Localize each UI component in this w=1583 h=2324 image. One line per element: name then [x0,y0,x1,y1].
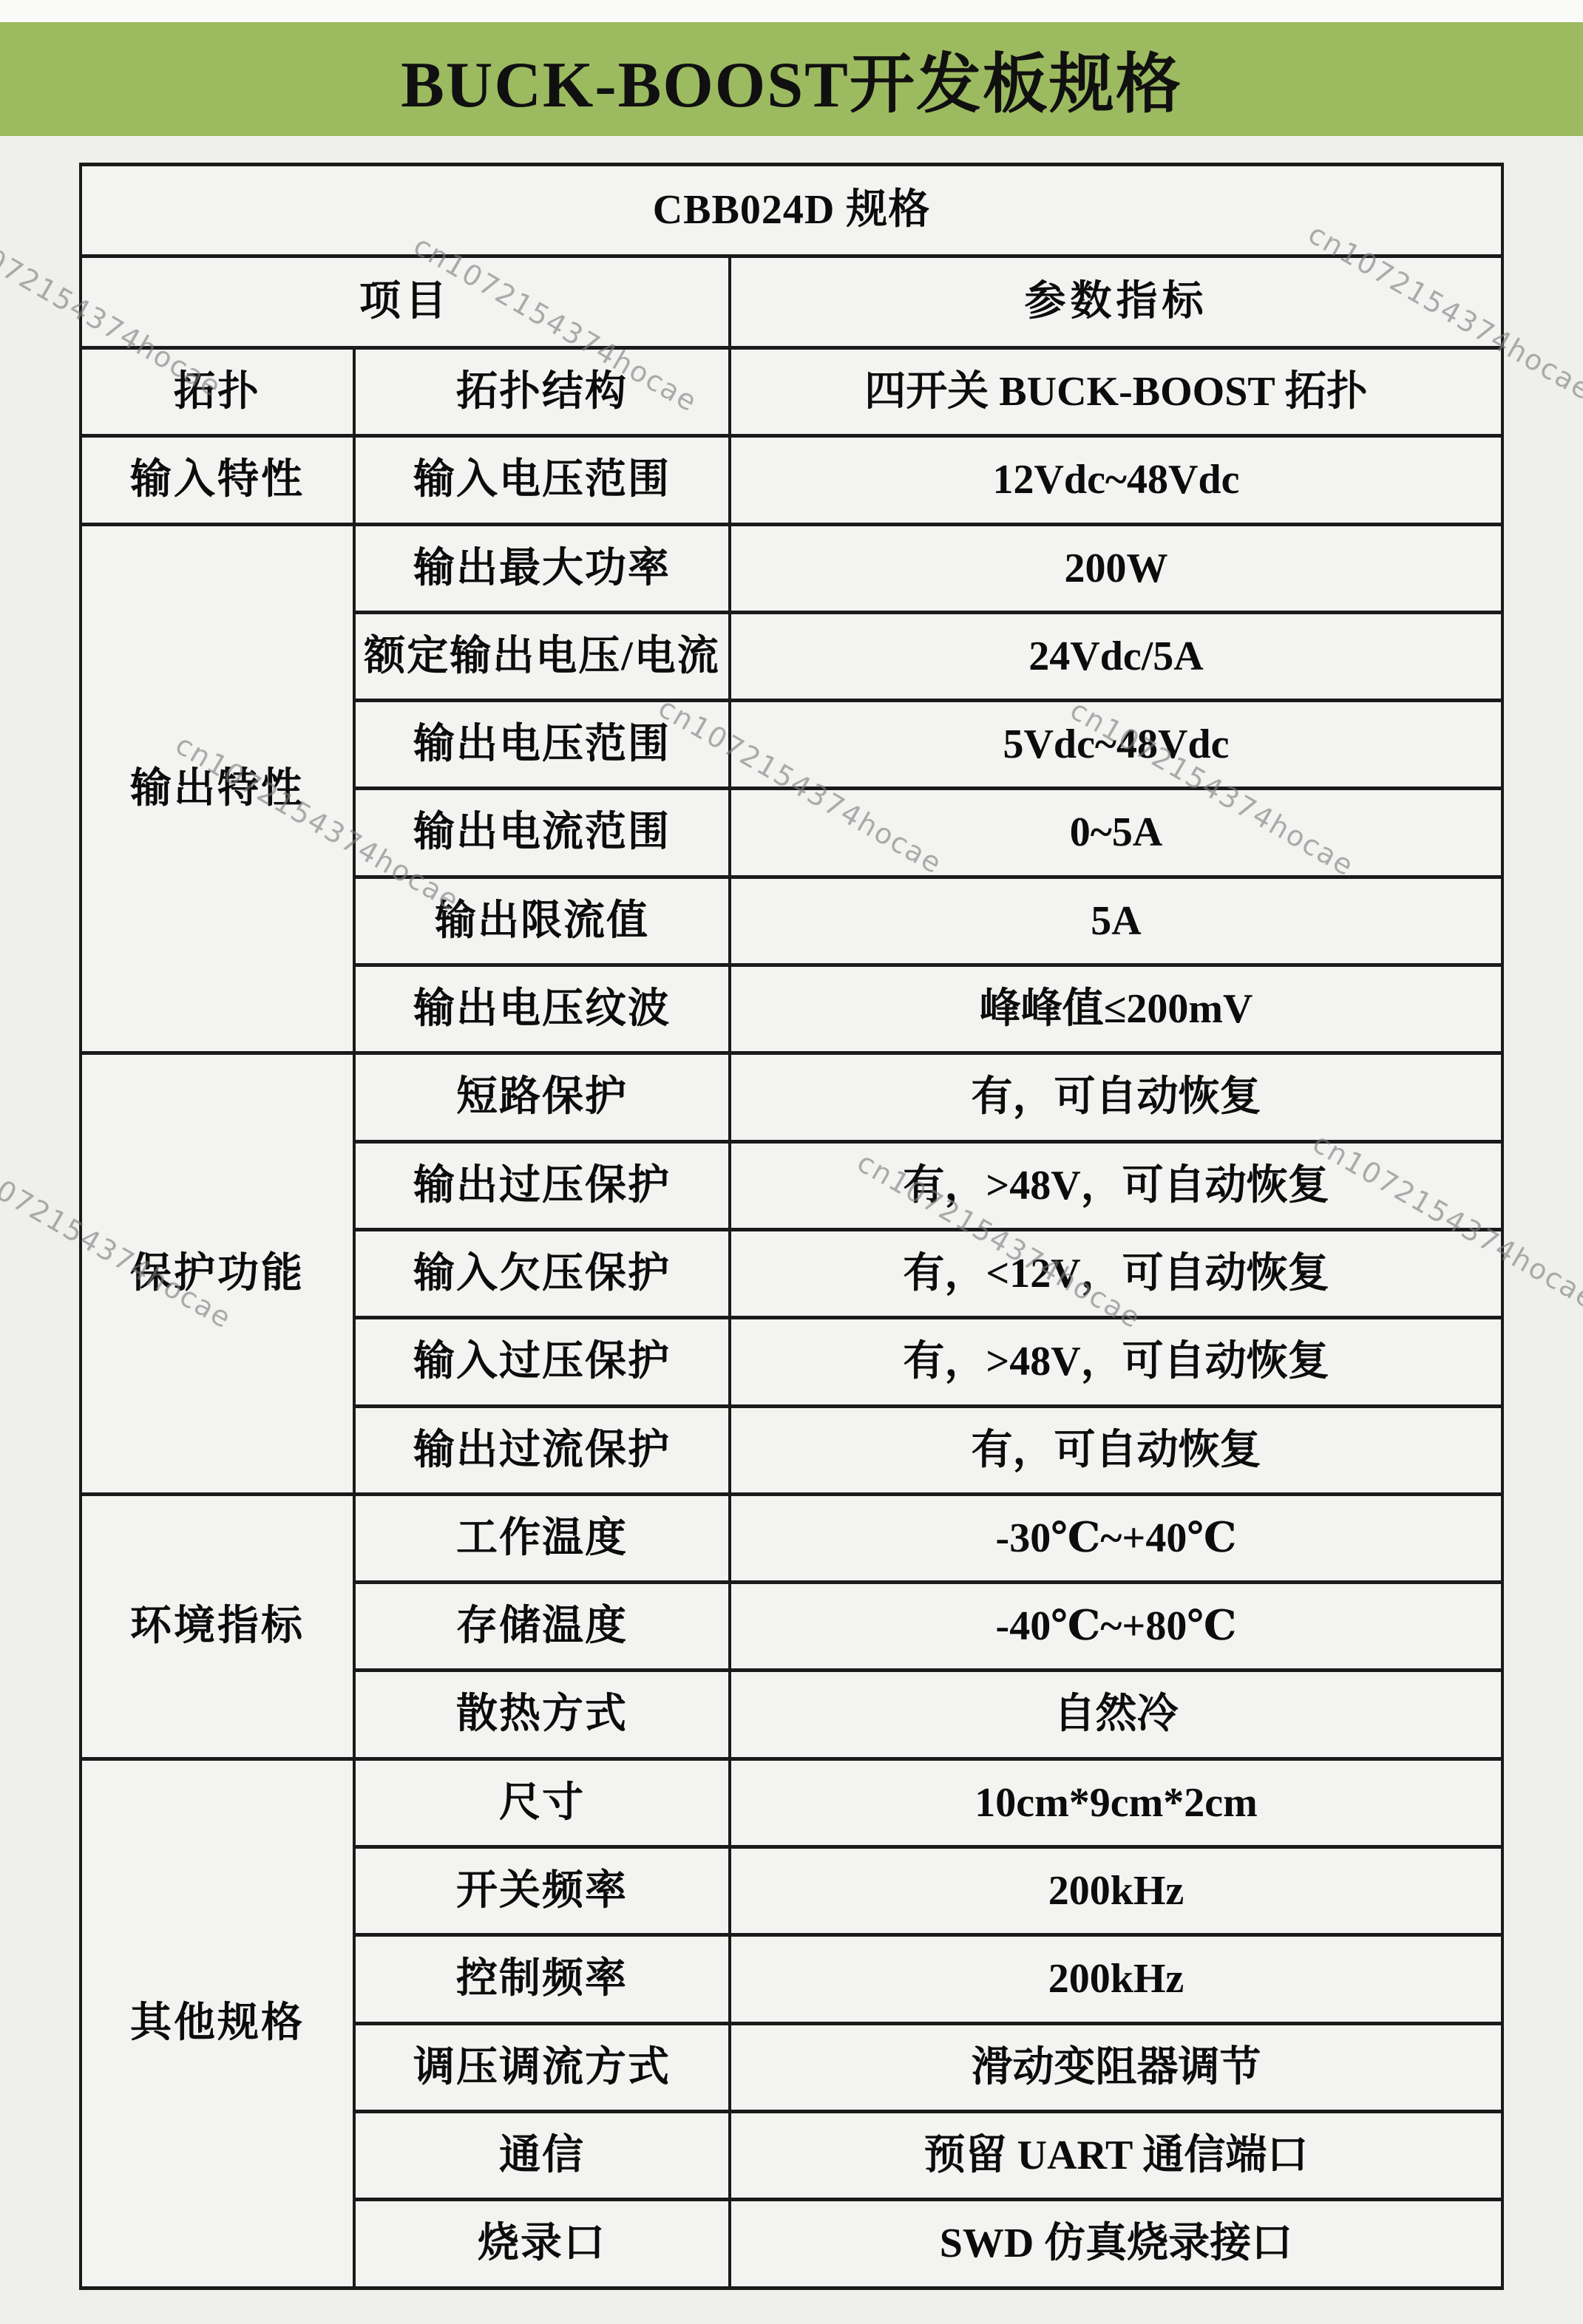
category-cell: 保护功能 [81,1053,354,1494]
param-value-cell: 峰峰值≤200mV [730,965,1502,1053]
spec-table: CBB024D 规格 项目 参数指标 拓扑拓扑结构四开关 BUCK-BOOST … [79,163,1504,2290]
param-name-cell: 输入电压范围 [354,436,730,524]
table-title-row: CBB024D 规格 [81,165,1502,256]
param-value-cell: 自然冷 [730,1671,1502,1759]
category-cell: 拓扑 [81,348,354,436]
param-name-cell: 控制频率 [354,1935,730,2023]
param-name-cell: 烧录口 [354,2200,730,2288]
param-name-cell: 调压调流方式 [354,2023,730,2111]
table-row: 输入特性输入电压范围12Vdc~48Vdc [81,436,1502,524]
param-name-cell: 通信 [354,2111,730,2199]
param-name-cell: 开关频率 [354,1847,730,1935]
param-value-cell: 0~5A [730,789,1502,877]
param-name-cell: 输出电流范围 [354,789,730,877]
param-value-cell: 有，>48V，可自动恢复 [730,1318,1502,1406]
param-name-cell: 输入欠压保护 [354,1229,730,1317]
param-name-cell: 输出最大功率 [354,524,730,612]
param-name-cell: 输出电压纹波 [354,965,730,1053]
param-value-cell: 12Vdc~48Vdc [730,436,1502,524]
param-value-cell: 200kHz [730,1935,1502,2023]
param-value-cell: SWD 仿真烧录接口 [730,2200,1502,2288]
param-value-cell: 预留 UART 通信端口 [730,2111,1502,2199]
param-value-cell: 10cm*9cm*2cm [730,1759,1502,1846]
param-value-cell: 200W [730,524,1502,612]
param-value-cell: 200kHz [730,1847,1502,1935]
param-name-cell: 散热方式 [354,1671,730,1759]
param-name-cell: 短路保护 [354,1053,730,1141]
param-value-cell: -30℃~+40℃ [730,1494,1502,1582]
table-row: 其他规格尺寸10cm*9cm*2cm [81,1759,1502,1846]
param-value-cell: 24Vdc/5A [730,612,1502,700]
param-value-cell: 有，<12V，可自动恢复 [730,1229,1502,1317]
param-name-cell: 输出电压范围 [354,701,730,789]
param-value-cell: 四开关 BUCK-BOOST 拓扑 [730,348,1502,436]
column-header-param: 参数指标 [730,256,1502,348]
page-title: BUCK-BOOST开发板规格 [401,33,1182,126]
top-strip [0,0,1583,22]
param-name-cell: 输出过压保护 [354,1141,730,1229]
param-value-cell: 5A [730,877,1502,965]
param-name-cell: 输入过压保护 [354,1318,730,1406]
param-value-cell: 5Vdc~48Vdc [730,701,1502,789]
param-name-cell: 额定输出电压/电流 [354,612,730,700]
table-row: 环境指标工作温度-30℃~+40℃ [81,1494,1502,1582]
page: { "page": { "title": "BUCK-BOOST开发板规格" }… [0,0,1583,2324]
table-title: CBB024D 规格 [81,165,1502,256]
param-name-cell: 输出过流保护 [354,1406,730,1494]
param-name-cell: 工作温度 [354,1494,730,1582]
category-cell: 输出特性 [81,524,354,1053]
param-name-cell: 拓扑结构 [354,348,730,436]
category-cell: 其他规格 [81,1759,354,2288]
category-cell: 输入特性 [81,436,354,524]
param-value-cell: -40℃~+80℃ [730,1583,1502,1671]
param-value-cell: 滑动变阻器调节 [730,2023,1502,2111]
column-header-item: 项目 [81,256,730,348]
param-name-cell: 输出限流值 [354,877,730,965]
table-row: 保护功能短路保护有，可自动恢复 [81,1053,1502,1141]
table-row: 拓扑拓扑结构四开关 BUCK-BOOST 拓扑 [81,348,1502,436]
category-cell: 环境指标 [81,1494,354,1759]
spec-table-wrap: CBB024D 规格 项目 参数指标 拓扑拓扑结构四开关 BUCK-BOOST … [79,163,1501,2286]
param-name-cell: 尺寸 [354,1759,730,1846]
param-name-cell: 存储温度 [354,1583,730,1671]
param-value-cell: 有，可自动恢复 [730,1053,1502,1141]
param-value-cell: 有，可自动恢复 [730,1406,1502,1494]
param-value-cell: 有，>48V，可自动恢复 [730,1141,1502,1229]
table-header-row: 项目 参数指标 [81,256,1502,348]
table-row: 输出特性输出最大功率200W [81,524,1502,612]
title-banner: BUCK-BOOST开发板规格 [0,22,1583,136]
